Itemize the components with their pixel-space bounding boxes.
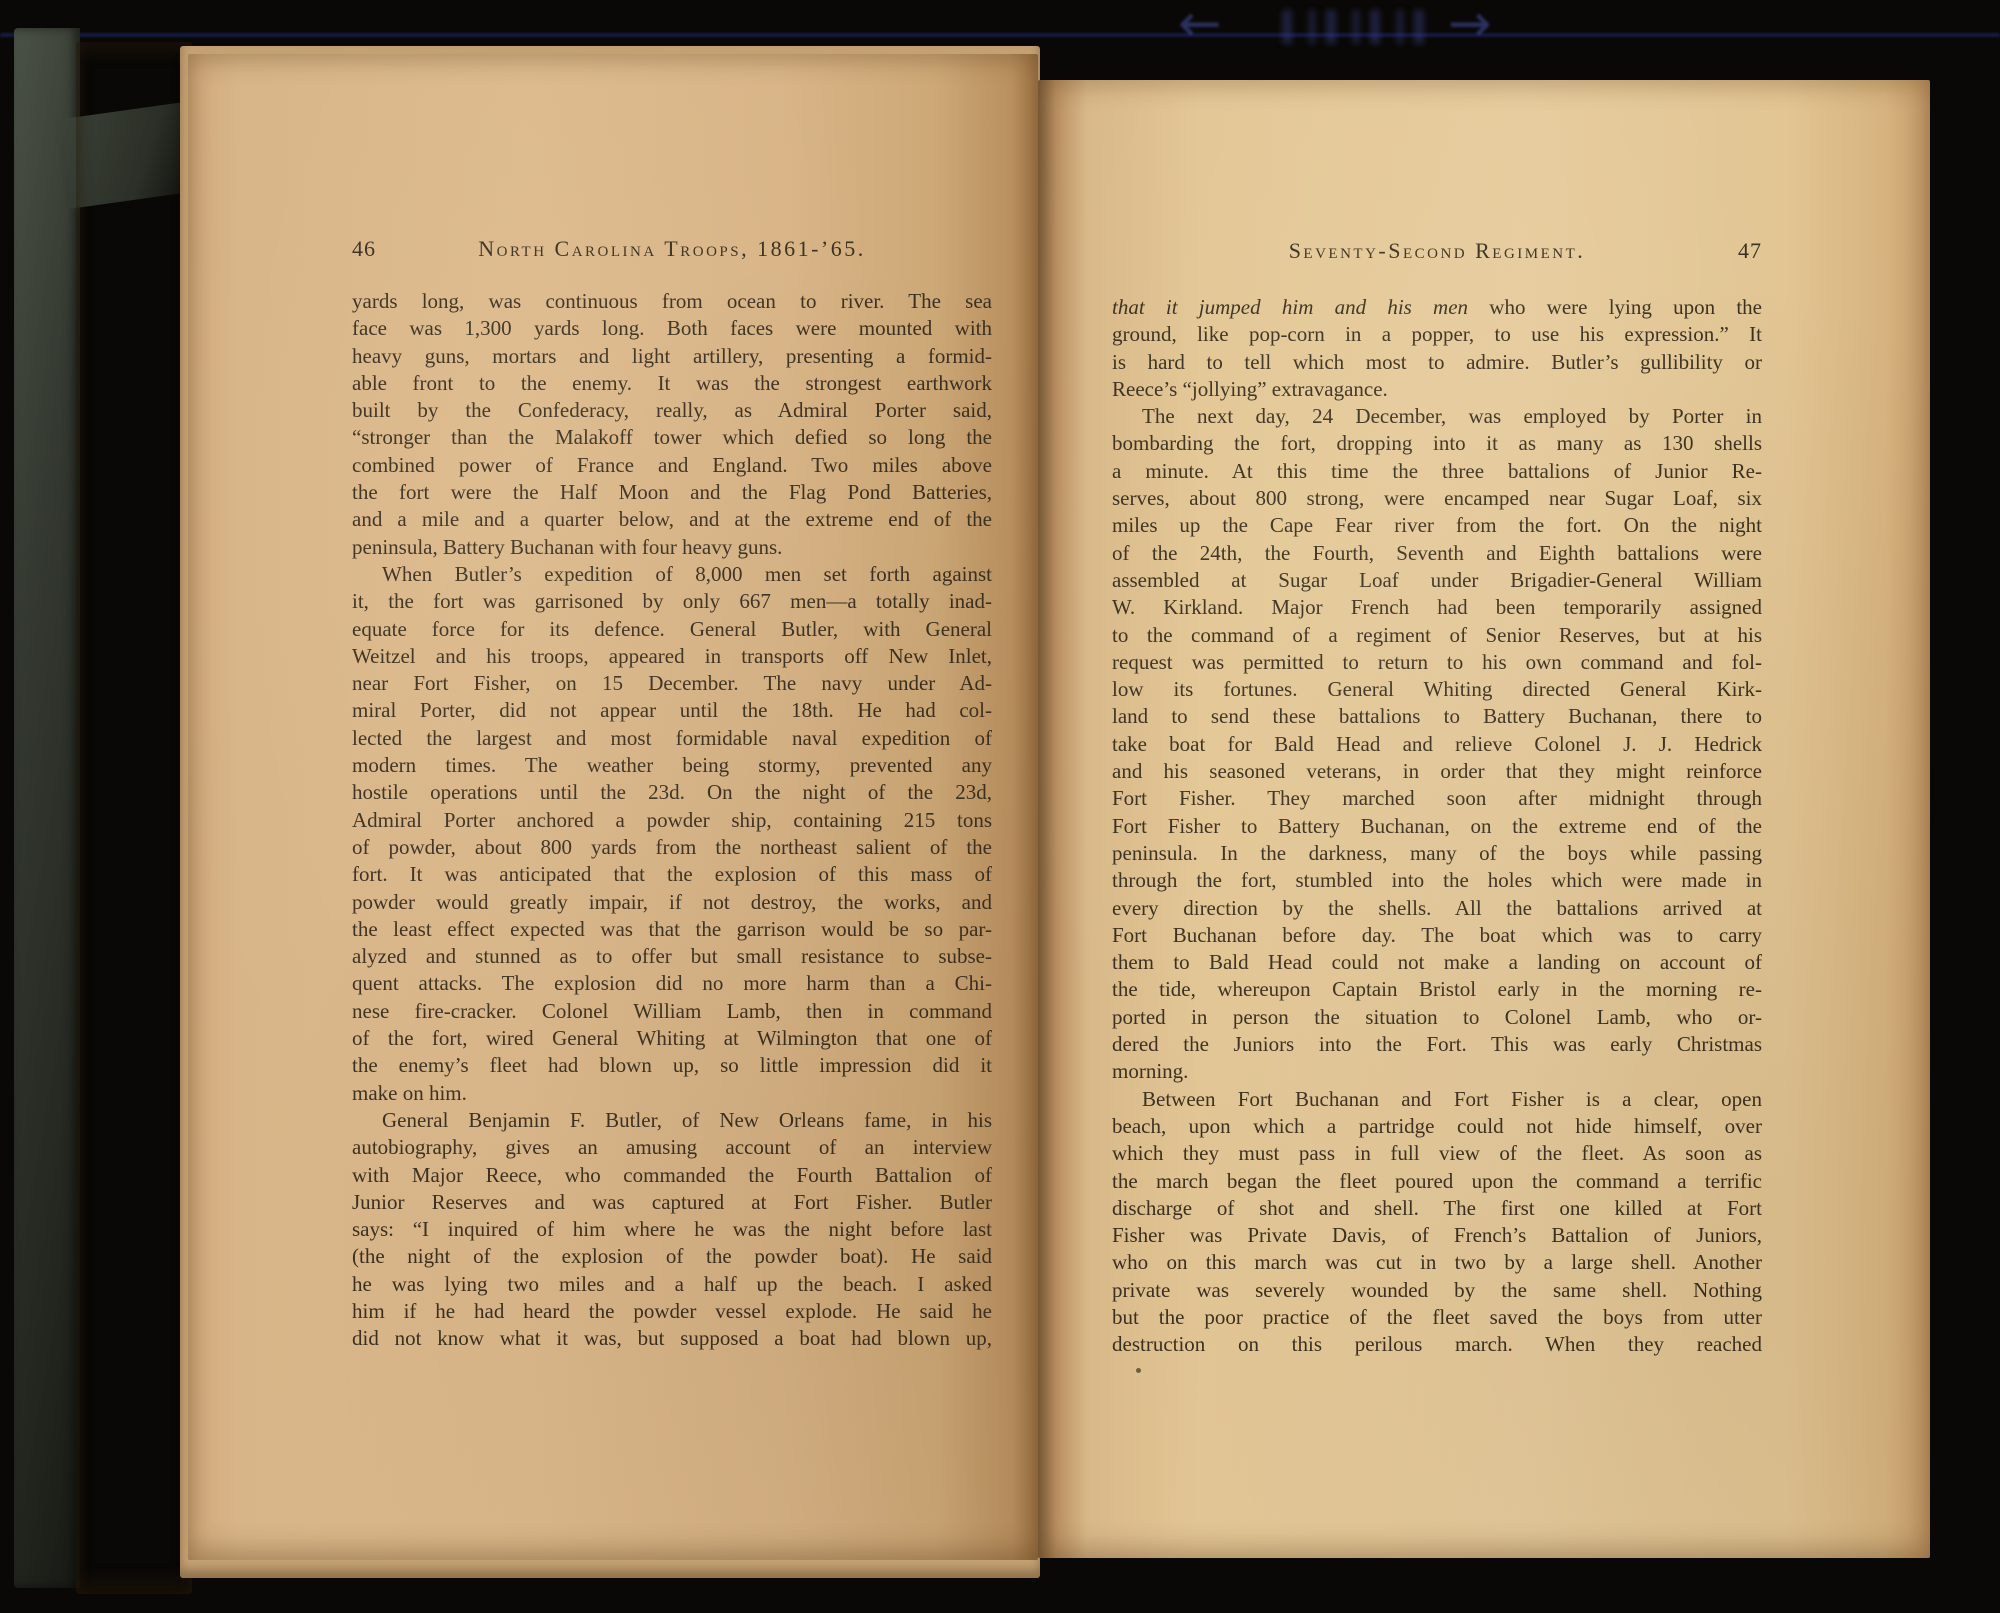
left-page-number: 46: [352, 236, 376, 262]
text-line: of the 24th, the Fourth, Seventh and Eig…: [1112, 540, 1762, 567]
text-line: Fort Fisher to Battery Buchanan, on the …: [1112, 813, 1762, 840]
text-line: Fort Buchanan before day. The boat which…: [1112, 922, 1762, 949]
text-line: every direction by the shells. All the b…: [1112, 895, 1762, 922]
text-line: When Butler’s expedition of 8,000 men se…: [352, 561, 992, 588]
text-line: face was 1,300 yards long. Both faces we…: [352, 315, 992, 342]
text-line: Junior Reserves and was captured at Fort…: [352, 1189, 992, 1216]
text-line: assembled at Sugar Loaf under Brigadier-…: [1112, 567, 1762, 594]
right-page-header: Seventy-Second Regiment. 47: [1112, 238, 1762, 268]
text-line: combined power of France and England. Tw…: [352, 452, 992, 479]
text-line: miles up the Cape Fear river from the fo…: [1112, 512, 1762, 539]
text-line: near Fort Fisher, on 15 December. The na…: [352, 670, 992, 697]
text-line: W. Kirkland. Major French had been tempo…: [1112, 594, 1762, 621]
text-line: General Benjamin F. Butler, of New Orlea…: [352, 1107, 992, 1134]
left-page: 46 North Carolina Troops, 1861-’65. yard…: [188, 54, 1038, 1560]
text-line: with Major Reece, who commanded the Four…: [352, 1162, 992, 1189]
left-page-header: 46 North Carolina Troops, 1861-’65.: [352, 236, 992, 266]
text-line: the fort were the Half Moon and the Flag…: [352, 479, 992, 506]
text-line: low its fortunes. General Whiting direct…: [1112, 676, 1762, 703]
text-line: him if he had heard the powder vessel ex…: [352, 1298, 992, 1325]
text-line: is hard to tell which most to admire. Bu…: [1112, 349, 1762, 376]
viewer-top-line: [0, 33, 2000, 37]
next-page-arrow-icon[interactable]: →: [1448, 0, 1492, 50]
text-line: that it jumped him and his men who were …: [1112, 294, 1762, 321]
ink-speck: [1136, 1368, 1141, 1373]
text-line: the enemy’s fleet had blown up, so littl…: [352, 1052, 992, 1079]
text-line: who on this march was cut in two by a la…: [1112, 1249, 1762, 1276]
text-line: Admiral Porter anchored a powder ship, c…: [352, 807, 992, 834]
text-line: a minute. At this time the three battali…: [1112, 458, 1762, 485]
text-line: make on him.: [352, 1080, 992, 1107]
text-line: take boat for Bald Head and relieve Colo…: [1112, 731, 1762, 758]
text-line: peninsula, Battery Buchanan with four he…: [352, 534, 992, 561]
text-line: morning.: [1112, 1058, 1762, 1085]
right-running-title: Seventy-Second Regiment.: [1112, 238, 1762, 264]
text-line: alyzed and stunned as to offer but small…: [352, 943, 992, 970]
right-page-text: that it jumped him and his men who were …: [1112, 294, 1762, 1359]
text-line: yards long, was continuous from ocean to…: [352, 288, 992, 315]
text-line: peninsula. In the darkness, many of the …: [1112, 840, 1762, 867]
left-running-title: North Carolina Troops, 1861-’65.: [352, 236, 992, 262]
text-line: them to Bald Head could not make a landi…: [1112, 949, 1762, 976]
text-line: dered the Juniors into the Fort. This wa…: [1112, 1031, 1762, 1058]
text-line: serves, about 800 strong, were encamped …: [1112, 485, 1762, 512]
text-line: of powder, about 800 yards from the nort…: [352, 834, 992, 861]
left-page-text: yards long, was continuous from ocean to…: [352, 288, 992, 1353]
text-line: bombarding the fort, dropping into it as…: [1112, 430, 1762, 457]
text-line: which they must pass in full view of the…: [1112, 1140, 1762, 1167]
text-line: Fort Fisher. They marched soon after mid…: [1112, 785, 1762, 812]
text-line: quent attacks. The explosion did no more…: [352, 970, 992, 997]
text-line: through the fort, stumbled into the hole…: [1112, 867, 1762, 894]
text-line: autobiography, gives an amusing account …: [352, 1134, 992, 1161]
text-line: The next day, 24 December, was employed …: [1112, 403, 1762, 430]
text-line: equate force for its defence. General Bu…: [352, 616, 992, 643]
text-line: private was severely wounded by the same…: [1112, 1277, 1762, 1304]
text-line: Reece’s “jollying” extravagance.: [1112, 376, 1762, 403]
text-line: (the night of the explosion of the powde…: [352, 1243, 992, 1270]
text-line: and his seasoned veterans, in order that…: [1112, 758, 1762, 785]
text-line: “stronger than the Malakoff tower which …: [352, 424, 992, 451]
right-page-number: 47: [1738, 238, 1762, 264]
text-line: miral Porter, did not appear until the 1…: [352, 697, 992, 724]
text-line: built by the Confederacy, really, as Adm…: [352, 397, 992, 424]
text-line: nese fire-cracker. Colonel William Lamb,…: [352, 998, 992, 1025]
text-line: to the command of a regiment of Senior R…: [1112, 622, 1762, 649]
text-line: the tide, whereupon Captain Bristol earl…: [1112, 976, 1762, 1003]
text-line: hostile operations until the 23d. On the…: [352, 779, 992, 806]
text-line: request was permitted to return to his o…: [1112, 649, 1762, 676]
text-line: the least effect expected was that the g…: [352, 916, 992, 943]
text-line: and a mile and a quarter below, and at t…: [352, 506, 992, 533]
text-line: he was lying two miles and a half up the…: [352, 1271, 992, 1298]
text-line: of the fort, wired General Whiting at Wi…: [352, 1025, 992, 1052]
text-line: Weitzel and his troops, appeared in tran…: [352, 643, 992, 670]
text-line: Fisher was Private Davis, of French’s Ba…: [1112, 1222, 1762, 1249]
text-line: Between Fort Buchanan and Fort Fisher is…: [1112, 1086, 1762, 1113]
faint-stamp: [1282, 10, 1432, 44]
text-line: fort. It was anticipated that the explos…: [352, 861, 992, 888]
text-line: destruction on this perilous march. When…: [1112, 1331, 1762, 1358]
text-line: beach, upon which a partridge could not …: [1112, 1113, 1762, 1140]
prev-page-arrow-icon[interactable]: ←: [1178, 0, 1222, 50]
text-line: but the poor practice of the fleet saved…: [1112, 1304, 1762, 1331]
text-line: says: “I inquired of him where he was th…: [352, 1216, 992, 1243]
text-line: ground, like pop-corn in a popper, to us…: [1112, 321, 1762, 348]
text-line: did not know what it was, but supposed a…: [352, 1325, 992, 1352]
page-edge-stack: [76, 42, 192, 1594]
text-line: lected the largest and most formidable n…: [352, 725, 992, 752]
text-line: able front to the enemy. It was the stro…: [352, 370, 992, 397]
book-cover-edge: [14, 28, 80, 1588]
text-line: modern times. The weather being stormy, …: [352, 752, 992, 779]
text-line: land to send these battalions to Battery…: [1112, 703, 1762, 730]
text-line: heavy guns, mortars and light artillery,…: [352, 343, 992, 370]
text-line: ported in person the situation to Colone…: [1112, 1004, 1762, 1031]
text-line: it, the fort was garrisoned by only 667 …: [352, 588, 992, 615]
text-line: powder would greatly impair, if not dest…: [352, 889, 992, 916]
text-line: the march began the fleet poured upon th…: [1112, 1168, 1762, 1195]
right-page: Seventy-Second Regiment. 47 that it jump…: [1038, 80, 1930, 1558]
text-line: discharge of shot and shell. The first o…: [1112, 1195, 1762, 1222]
